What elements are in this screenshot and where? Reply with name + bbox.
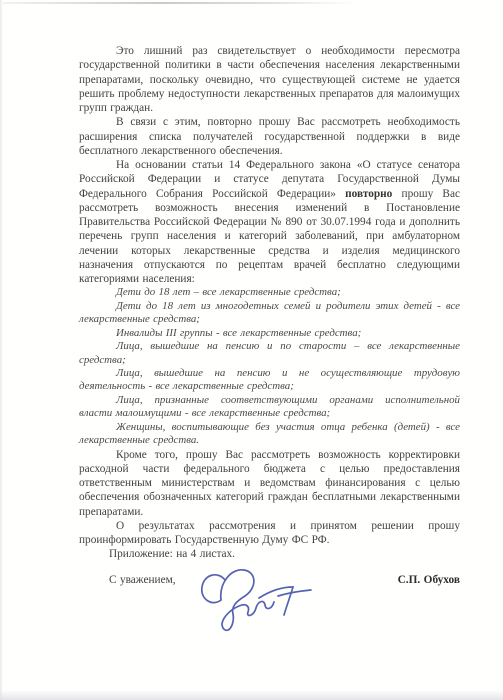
benefit-list: Дети до 18 лет – все лекарственные средс… bbox=[79, 286, 460, 447]
legal-basis-bold-word: повторно bbox=[345, 188, 392, 200]
signatory-name: С.П. Обухов bbox=[398, 573, 460, 587]
paragraph-budget-request: Кроме того, прошу Вас рассмотреть возмож… bbox=[79, 448, 460, 519]
benefit-list-item: Женщины, воспитывающие без участия отца … bbox=[79, 421, 460, 448]
attachment-note: Приложение: на 4 листах. bbox=[79, 547, 460, 561]
benefit-list-item: Лица, признанные соответствующими органа… bbox=[79, 394, 460, 421]
paragraph-intro: Это лишний раз свидетельствует о необход… bbox=[79, 44, 460, 115]
signature-stroke-main bbox=[221, 570, 274, 631]
letter-body: Это лишний раз свидетельствует о необход… bbox=[79, 44, 460, 587]
benefit-list-item: Лица, вышедшие на пенсию и не осуществля… bbox=[79, 367, 460, 394]
paragraph-request-expansion: В связи с этим, повторно прошу Вас рассм… bbox=[79, 115, 460, 158]
signature-stroke-seven bbox=[259, 587, 293, 615]
benefit-list-item: Дети до 18 лет – все лекарственные средс… bbox=[79, 286, 460, 299]
signature-stroke-cross bbox=[278, 590, 311, 596]
benefit-list-item: Инвалиды III группы - все лекарственные … bbox=[79, 327, 460, 340]
benefit-list-item: Лица, вышедшие на пенсию и по старости –… bbox=[79, 340, 460, 367]
legal-basis-text-after: прошу Вас рассмотреть возможность внесен… bbox=[79, 188, 460, 286]
salutation: С уважением, bbox=[79, 573, 176, 587]
paragraph-legal-basis: На основании статьи 14 Федерального зако… bbox=[79, 158, 460, 286]
scan-left-edge-shadow bbox=[0, 0, 3, 700]
paragraph-inform-request: О результатах рассмотрения и принятом ре… bbox=[79, 519, 460, 548]
scanned-letter-page: Это лишний раз свидетельствует о необход… bbox=[0, 0, 503, 700]
scan-top-edge-line bbox=[3, 2, 355, 4]
signature-image bbox=[192, 565, 324, 647]
scan-bottom-shadow bbox=[0, 690, 503, 700]
benefit-list-item: Дети до 18 лет из многодетных семей и ро… bbox=[79, 300, 460, 327]
